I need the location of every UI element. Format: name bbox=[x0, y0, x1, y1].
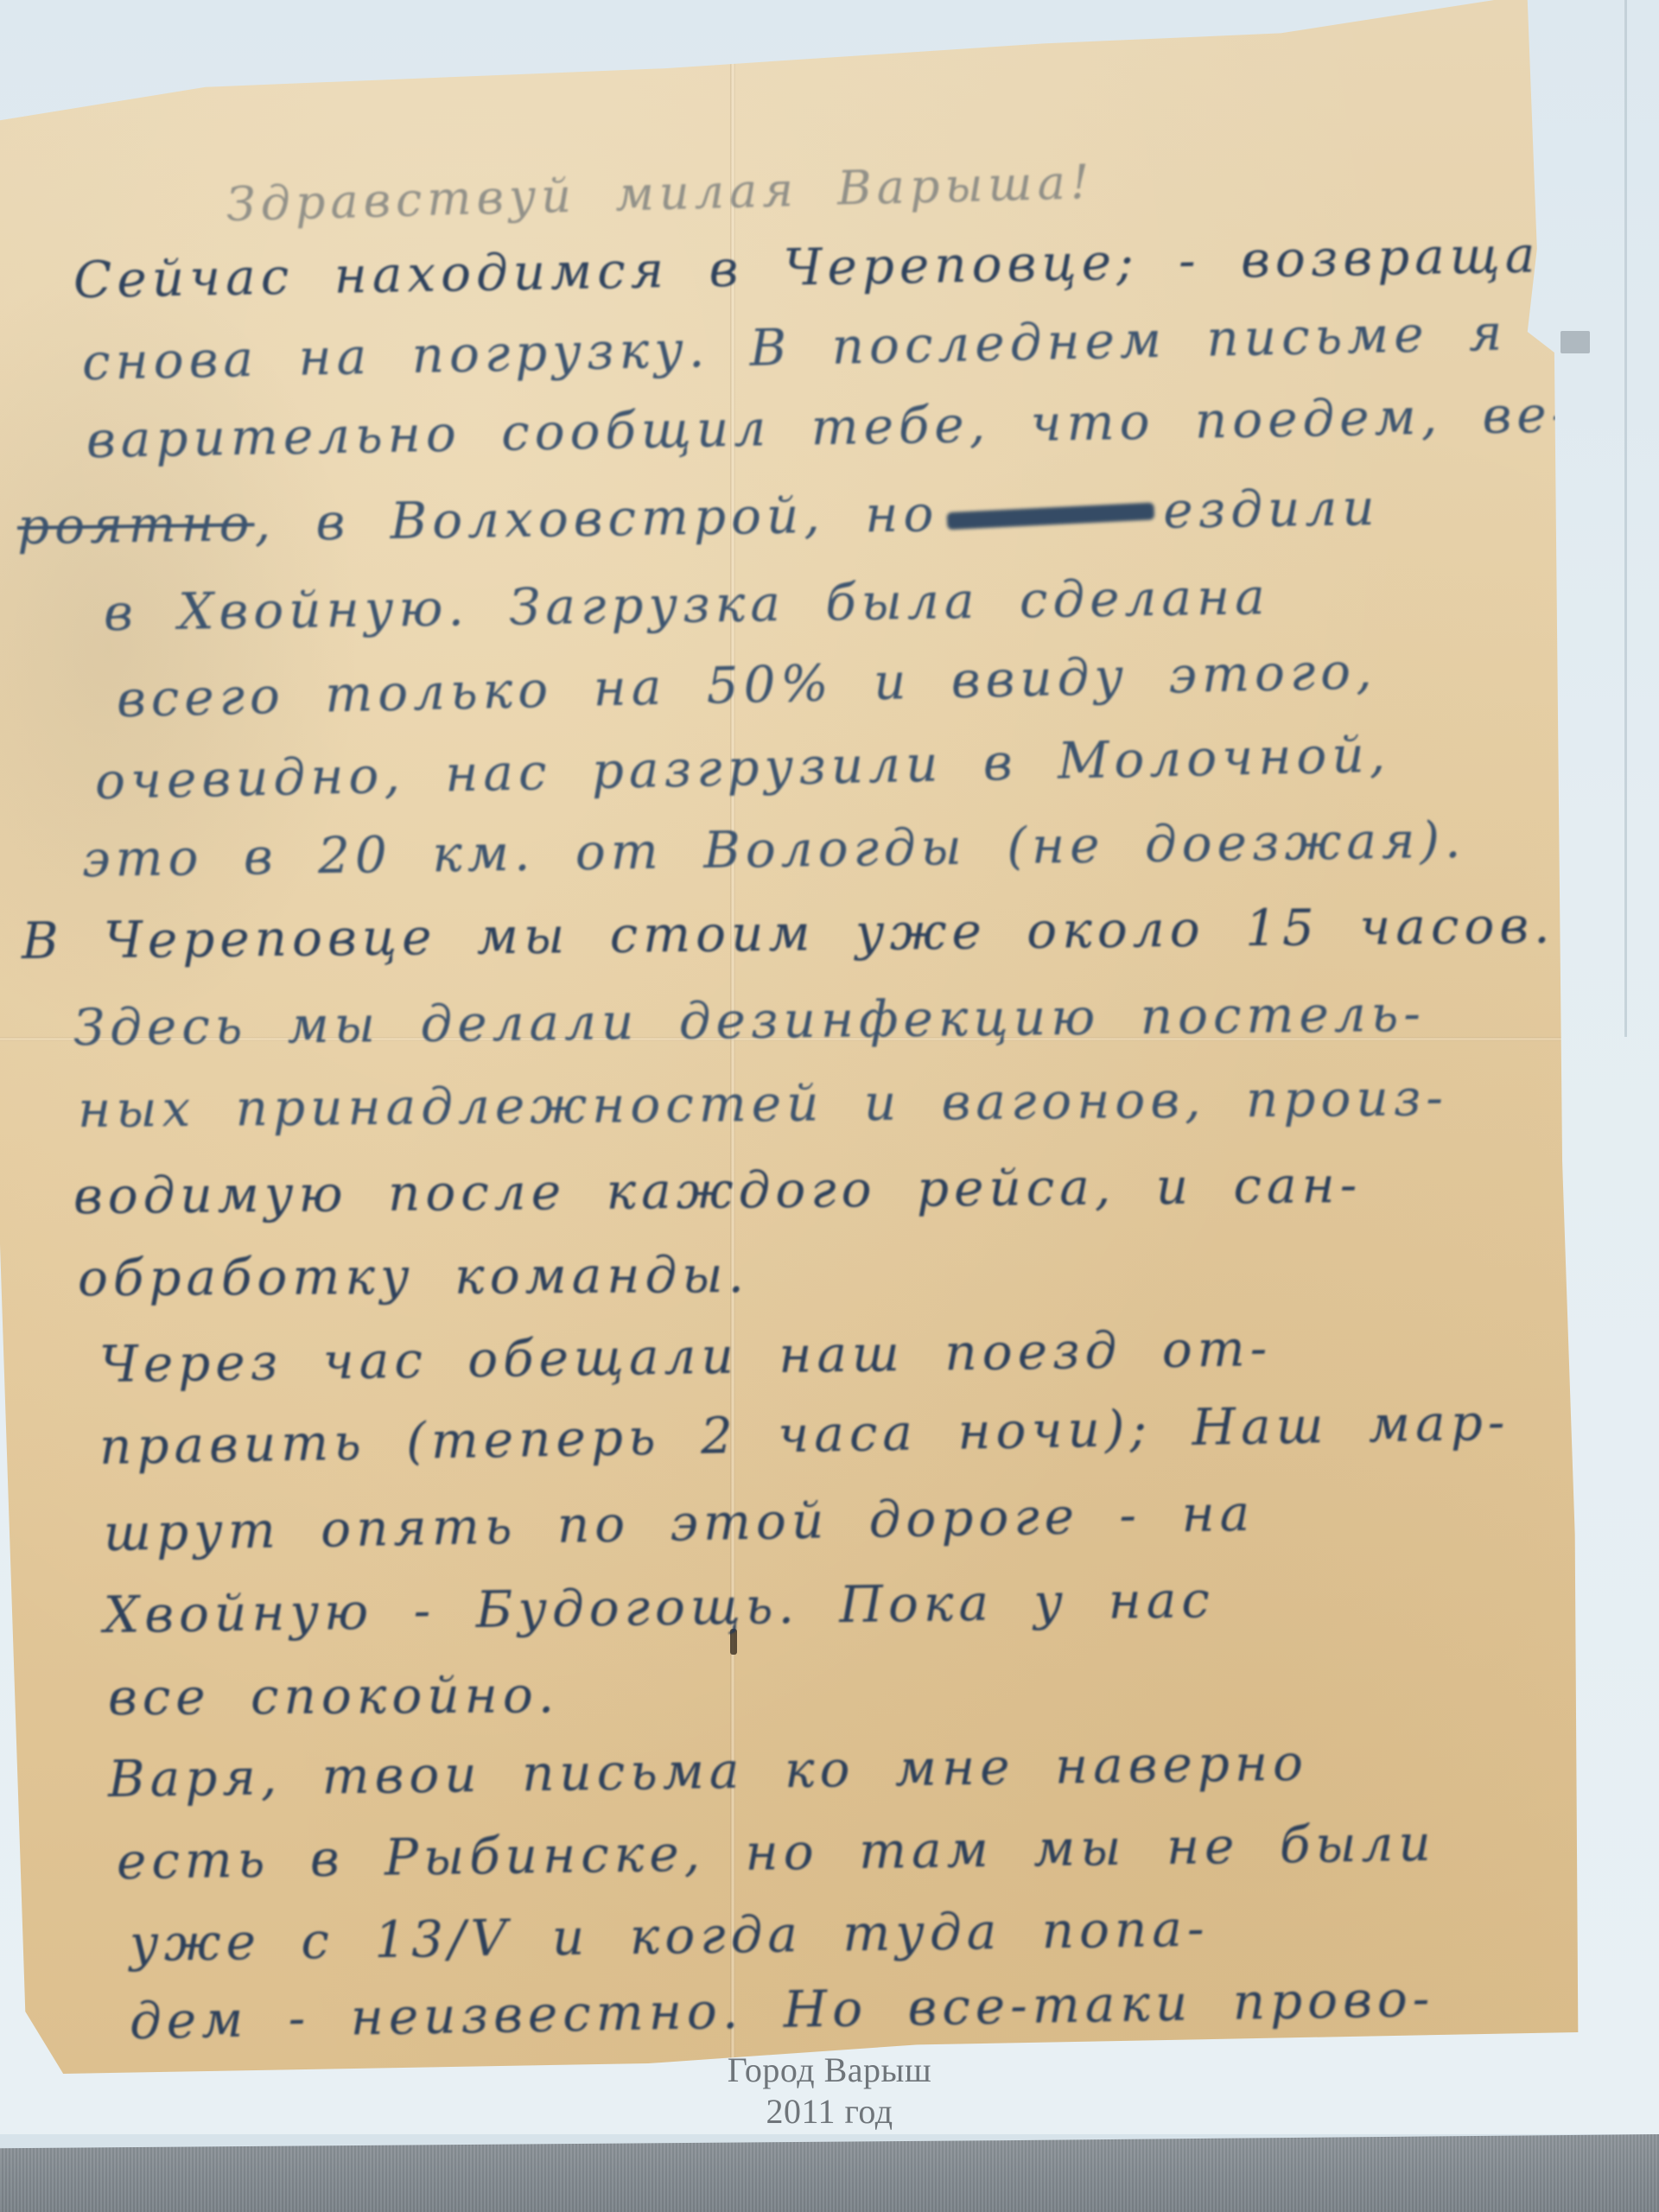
letter-line-12: водимую после каждого рейса, и сан- bbox=[73, 1155, 1363, 1225]
letter-line-14: Через час обещали наш поезд от- bbox=[99, 1319, 1273, 1394]
letter-line-13: обработку команды. bbox=[78, 1245, 749, 1307]
caption-year: 2011 год bbox=[0, 2091, 1659, 2132]
letter-line-21: уже с 13/V и когда туда попа- bbox=[130, 1899, 1210, 1973]
letter-line-18: все спокойно. bbox=[108, 1665, 560, 1726]
line-4-end: ездили bbox=[1163, 478, 1380, 539]
scribbled-out-word bbox=[947, 502, 1155, 530]
letter-line-22: дем - неизвестно. Но все-таки прово- bbox=[129, 1969, 1434, 2050]
line-4-text: , в Волховстрой, но bbox=[254, 484, 939, 552]
backing-sheet-edge bbox=[1624, 0, 1627, 1037]
letter-paper: Здравствуй милая Варыша! Сейчас находимс… bbox=[0, 0, 1581, 2074]
letter-line-1: Сейчас находимся в Череповце; - возвраща… bbox=[73, 222, 1659, 309]
letter-line-11: ных принадлежностей и вагонов, произ- bbox=[78, 1068, 1449, 1139]
printed-mark bbox=[1560, 331, 1590, 353]
letter-line-20: есть в Рыбинске, но там мы не были bbox=[117, 1814, 1437, 1891]
letter-line-15: править (теперь 2 часа ночи); Наш мар- bbox=[99, 1393, 1510, 1476]
letter-line-19: Варя, твои письма ко мне наверно bbox=[108, 1733, 1309, 1808]
letter-line-16: шрут опять по этой дороге - на bbox=[103, 1484, 1255, 1562]
fabric-surface bbox=[0, 2134, 1659, 2212]
letter-line-17: Хвойную - Будогощь. Пока у нас bbox=[104, 1570, 1216, 1644]
struck-word: роятно bbox=[17, 493, 256, 556]
letter-greeting: Здравствуй милая Варыша! bbox=[226, 155, 1095, 232]
